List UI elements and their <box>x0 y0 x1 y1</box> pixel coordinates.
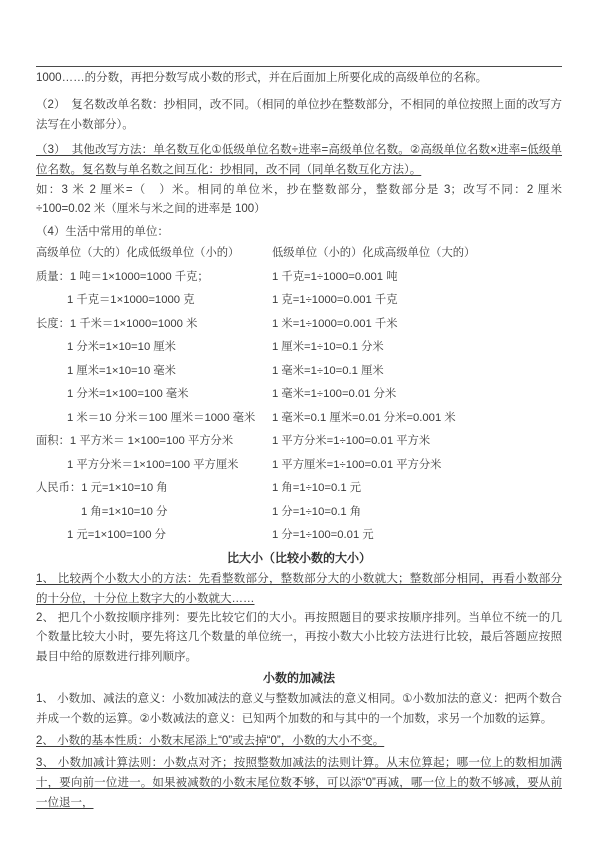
para-rename-compound: （2） 复名数改单名数：抄相同，改不同。（相同的单位抄在整数部分，不相同的单位按… <box>36 95 562 135</box>
row-left: 1 分米=1×100=100 毫米 <box>67 383 189 407</box>
table-header-right: 低级单位（小的）化成高级单位（大的） <box>272 242 475 266</box>
section-title-compare: 比大小（比较小数的大小） <box>36 549 562 567</box>
row-label <box>36 407 67 431</box>
table-row: 长度：1 千米＝1×1000=1000 米 1 米=1÷1000=0.001 千… <box>36 313 562 337</box>
row-right: 1 克=1÷1000=0.001 千克 <box>272 289 562 313</box>
table-row: 1 千克＝1×1000=1000 克 1 克=1÷1000=0.001 千克 <box>36 289 562 313</box>
page-content: 1000……的分数，再把分数写成小数的形式，并在后面加上所要化成的高级单位的名称… <box>36 66 562 813</box>
row-label <box>36 360 67 384</box>
example-note: 如：3 米 2 厘米=（ ）米。相同的单位米，抄在整数部分，整数部分是 3；改写… <box>36 181 562 219</box>
row-left: 1 元=1×10=10 角 <box>81 477 167 501</box>
row-right: 1 米=1÷1000=0.001 千米 <box>272 313 562 337</box>
page-number: 2 <box>0 776 595 788</box>
row-left: 1 元=1×100=100 分 <box>67 524 166 548</box>
table-row: 1 元=1×100=100 分 1 分=1÷100=0.01 元 <box>36 524 562 548</box>
intro-line: 1000……的分数，再把分数写成小数的形式，并在后面加上所要化成的高级单位的名称… <box>36 69 562 88</box>
row-right: 1 厘米=1÷10=0.1 分米 <box>272 336 562 360</box>
table-header-left: 高级单位（大的）化成低级单位（小的） <box>36 242 272 266</box>
table-row: 质量：1 吨＝1×1000=1000 千克； 1 千克=1÷1000=0.001… <box>36 266 562 290</box>
row-right: 1 角=1÷10=0.1 元 <box>272 477 562 501</box>
row-right: 1 毫米=1÷100=0.01 分米 <box>272 383 562 407</box>
row-label <box>36 501 81 525</box>
row-label: 人民币： <box>36 477 81 501</box>
row-left: 1 吨＝1×1000=1000 千克； <box>70 266 209 290</box>
table-header-row: 高级单位（大的）化成低级单位（小的） 低级单位（小的）化成高级单位（大的） <box>36 242 562 266</box>
table-row: 1 分米=1×100=100 毫米 1 毫米=1÷100=0.01 分米 <box>36 383 562 407</box>
table-row: 面积：1 平方米＝ 1×100=100 平方分米 1 平方分米=1÷100=0.… <box>36 430 562 454</box>
row-right: 1 千克=1÷1000=0.001 吨 <box>272 266 562 290</box>
row-left: 1 米＝10 分米＝100 厘米＝1000 毫米 <box>67 407 255 431</box>
row-right: 1 分=1÷10=0.1 角 <box>272 501 562 525</box>
top-rule <box>36 66 562 67</box>
row-left: 1 平方分米＝1×100=100 平方厘米 <box>67 454 238 478</box>
row-left: 1 厘米=1×10=10 毫米 <box>67 360 176 384</box>
row-left: 1 千米＝1×1000=1000 米 <box>70 313 198 337</box>
table-row: 1 角=1×10=10 分 1 分=1÷10=0.1 角 <box>36 501 562 525</box>
row-right: 1 分=1÷100=0.01 元 <box>272 524 562 548</box>
table-row: 1 米＝10 分米＝100 厘米＝1000 毫米 1 毫米=0.1 厘米=0.0… <box>36 407 562 431</box>
row-right: 1 平方分米=1÷100=0.01 平方米 <box>272 430 562 454</box>
row-label: 长度： <box>36 313 70 337</box>
table-row: 1 分米=1×10=10 厘米 1 厘米=1÷10=0.1 分米 <box>36 336 562 360</box>
row-label <box>36 524 67 548</box>
para-other-methods: （3） 其他改写方法：单名数互化①低级单位名数÷进率=高级单位名数。②高级单位名… <box>36 140 562 180</box>
row-left: 1 千克＝1×1000=1000 克 <box>67 289 195 313</box>
table-row: 人民币：1 元=1×10=10 角 1 角=1÷10=0.1 元 <box>36 477 562 501</box>
row-left: 1 角=1×10=10 分 <box>81 501 167 525</box>
unit-conversion-table: 高级单位（大的）化成低级单位（小的） 低级单位（小的）化成高级单位（大的） 质量… <box>36 242 562 548</box>
compare-item-1: 1、 比较两个小数大小的方法：先看整数部分，整数部分大的小数就大；整数部分相同，… <box>36 569 562 609</box>
table-row: 1 平方分米＝1×100=100 平方厘米 1 平方厘米=1÷100=0.01 … <box>36 454 562 478</box>
row-right: 1 毫米=1÷10=0.1 厘米 <box>272 360 562 384</box>
row-label: 面积： <box>36 430 70 454</box>
addsub-item-2: 2、 小数的基本性质：小数末尾添上“0”或去掉“0”，小数的大小不变。 <box>36 731 562 751</box>
table-row: 1 厘米=1×10=10 毫米 1 毫米=1÷10=0.1 厘米 <box>36 360 562 384</box>
row-right: 1 平方厘米=1÷100=0.01 平方分米 <box>272 454 562 478</box>
row-label <box>36 383 67 407</box>
row-left: 1 分米=1×10=10 厘米 <box>67 336 176 360</box>
row-left: 1 平方米＝ 1×100=100 平方分米 <box>70 430 233 454</box>
row-right: 1 毫米=0.1 厘米=0.01 分米=0.001 米 <box>272 407 562 431</box>
row-label <box>36 454 67 478</box>
row-label: 质量： <box>36 266 70 290</box>
row-label <box>36 289 67 313</box>
addsub-item-1: 1、 小数加、减法的意义：小数加减法的意义与整数加减法的意义相同。①小数加法的意… <box>36 689 562 729</box>
compare-item-2: 2、 把几个小数按顺序排列：要先比较它们的大小。再按照题目的要求按顺序排列。当单… <box>36 609 562 668</box>
section-title-addsub: 小数的加减法 <box>36 669 562 687</box>
document-page: 1000……的分数，再把分数写成小数的形式，并在后面加上所要化成的高级单位的名称… <box>0 0 595 842</box>
para-common-units: （4）生活中常用的单位： <box>36 222 562 242</box>
row-label <box>36 336 67 360</box>
